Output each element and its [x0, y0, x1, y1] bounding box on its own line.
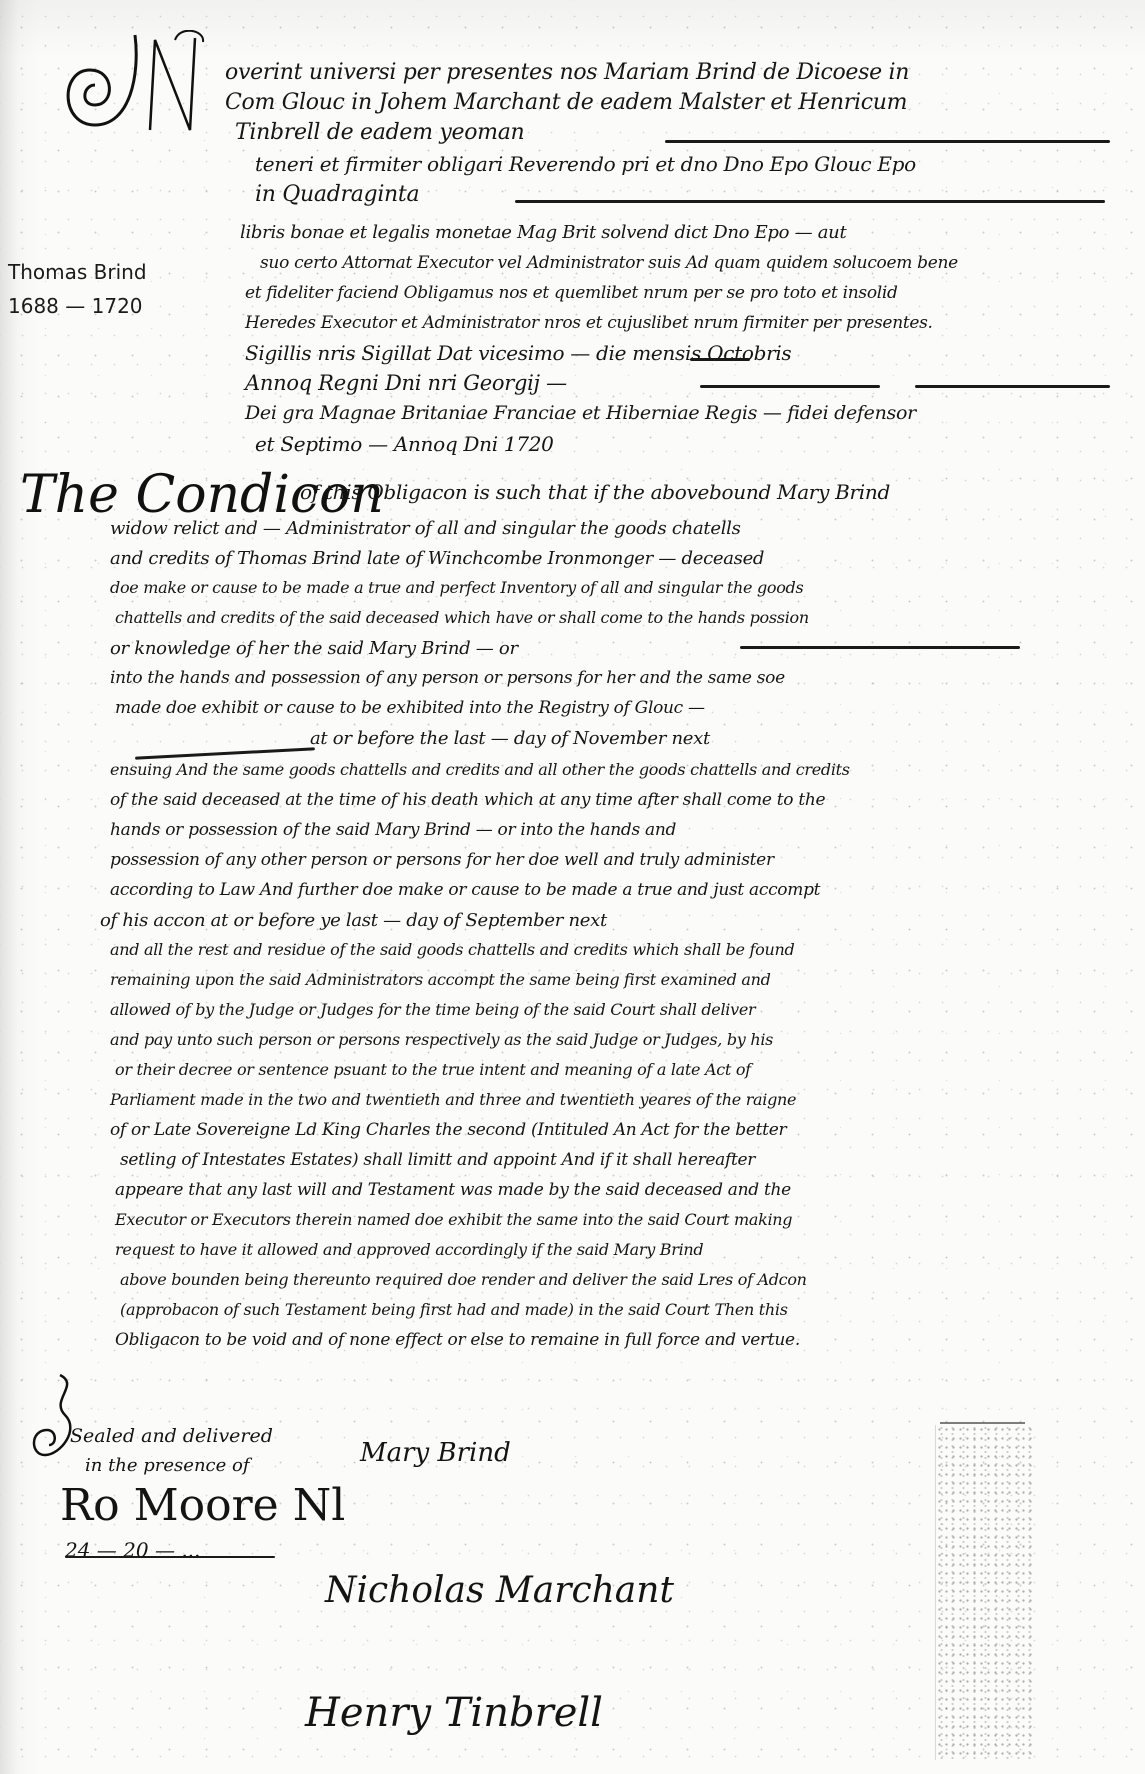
latin-line-2: Com Glouc in Johem Marchant de eadem Mal… — [225, 90, 907, 115]
latin-line-12: Dei gra Magnae Britaniae Franciae et Hib… — [245, 402, 916, 424]
condition-line-12: hands or possession of the said Mary Bri… — [110, 820, 676, 840]
condition-line-26: request to have it allowed and approved … — [115, 1240, 703, 1259]
latin-line-5: in Quadraginta — [255, 182, 419, 207]
condition-line-22: of or Late Sovereigne Ld King Charles th… — [110, 1120, 786, 1140]
sealed-delivered-label: Sealed and delivered — [70, 1425, 273, 1447]
flourish-initial-n-icon — [55, 30, 215, 140]
scanned-document-page: overint universi per presentes nos Maria… — [0, 0, 1145, 1774]
condition-line-25: Executor or Executors therein named doe … — [115, 1210, 792, 1229]
condition-line-19: and pay unto such person or persons resp… — [110, 1030, 773, 1049]
condition-line-23: setling of Intestates Estates) shall lim… — [120, 1150, 755, 1170]
witness-rule — [65, 1556, 275, 1558]
condition-line-28: (approbacon of such Testament being firs… — [120, 1300, 788, 1319]
margin-note-dates: 1688 — 1720 — [8, 289, 147, 323]
condition-line-16: and all the rest and residue of the said… — [110, 940, 794, 959]
condition-line-24: appeare that any last will and Testament… — [115, 1180, 791, 1200]
condition-line-11: of the said deceased at the time of his … — [110, 790, 825, 810]
flourish-initial-s-icon — [25, 1370, 85, 1470]
filler-rule — [690, 358, 750, 361]
condition-line-7: into the hands and possession of any per… — [110, 668, 785, 688]
latin-line-8: et fideliter faciend Obligamus nos et qu… — [245, 283, 898, 303]
condition-line-14: according to Law And further doe make or… — [110, 880, 820, 900]
filler-rule — [700, 385, 880, 388]
condition-line-29: Obligacon to be void and of none effect … — [115, 1330, 800, 1350]
latin-line-3: Tinbrell de eadem yeoman — [235, 120, 524, 145]
latin-line-6: libris bonae et legalis monetae Mag Brit… — [240, 222, 846, 243]
condition-line-9: at or before the last — day of November … — [310, 728, 710, 749]
latin-line-10: Sigillis nris Sigillat Dat vicesimo — di… — [245, 341, 791, 365]
condition-line-2: widow relict and — Administrator of all … — [110, 518, 741, 539]
signature-henry-tinbrell: Henry Tinbrell — [305, 1690, 603, 1736]
condition-line-15: of his accon at or before ye last — day … — [100, 910, 607, 931]
condition-line-6: or knowledge of her the said Mary Brind … — [110, 638, 518, 659]
latin-line-4: teneri et firmiter obligari Reverendo pr… — [255, 152, 916, 176]
condition-line-17: remaining upon the said Administrators a… — [110, 970, 771, 989]
signature-nicholas-marchant: Nicholas Marchant — [325, 1570, 674, 1611]
condition-line-27: above bounden being thereunto required d… — [120, 1270, 807, 1289]
condition-line-21: Parliament made in the two and twentieth… — [110, 1090, 796, 1109]
condition-line-5: chattells and credits of the said deceas… — [115, 608, 809, 627]
condition-line-8: made doe exhibit or cause to be exhibite… — [115, 698, 705, 718]
signature-mary-brind: Mary Brind — [360, 1438, 511, 1468]
witness-signature: Ro Moore Nl — [60, 1480, 345, 1531]
filler-rule — [665, 140, 1110, 143]
condition-line-18: allowed of by the Judge or Judges for th… — [110, 1000, 755, 1019]
condition-line-3: and credits of Thomas Brind late of Winc… — [110, 548, 764, 569]
condition-line-20: or their decree or sentence psuant to th… — [115, 1060, 751, 1079]
seal-strip-rule — [940, 1422, 1025, 1424]
margin-note-name: Thomas Brind — [8, 255, 147, 289]
witness-mark: 24 — 20 — ... — [65, 1538, 200, 1562]
condition-line-10: ensuing And the same goods chattells and… — [110, 760, 850, 779]
margin-note: Thomas Brind 1688 — 1720 — [8, 255, 147, 323]
latin-line-13: et Septimo — Annoq Dni 1720 — [255, 432, 554, 456]
latin-line-9: Heredes Executor et Administrator nros e… — [245, 313, 933, 333]
in-presence-label: in the presence of — [85, 1455, 250, 1476]
condition-line-4: doe make or cause to be made a true and … — [110, 578, 803, 597]
latin-line-1: overint universi per presentes nos Maria… — [225, 60, 909, 85]
condition-line-13: possession of any other person or person… — [110, 850, 774, 870]
filler-rule — [135, 747, 315, 759]
filler-rule — [915, 385, 1110, 388]
condition-line-1: of this Obligacon is such that if the ab… — [300, 480, 890, 504]
latin-line-11: Annoq Regni Dni nri Georgij — — [245, 371, 567, 395]
filler-rule — [515, 200, 1105, 203]
filler-rule — [740, 646, 1020, 649]
latin-line-7: suo certo Attornat Executor vel Administ… — [260, 253, 958, 273]
wax-seal-impressions — [935, 1425, 1036, 1760]
